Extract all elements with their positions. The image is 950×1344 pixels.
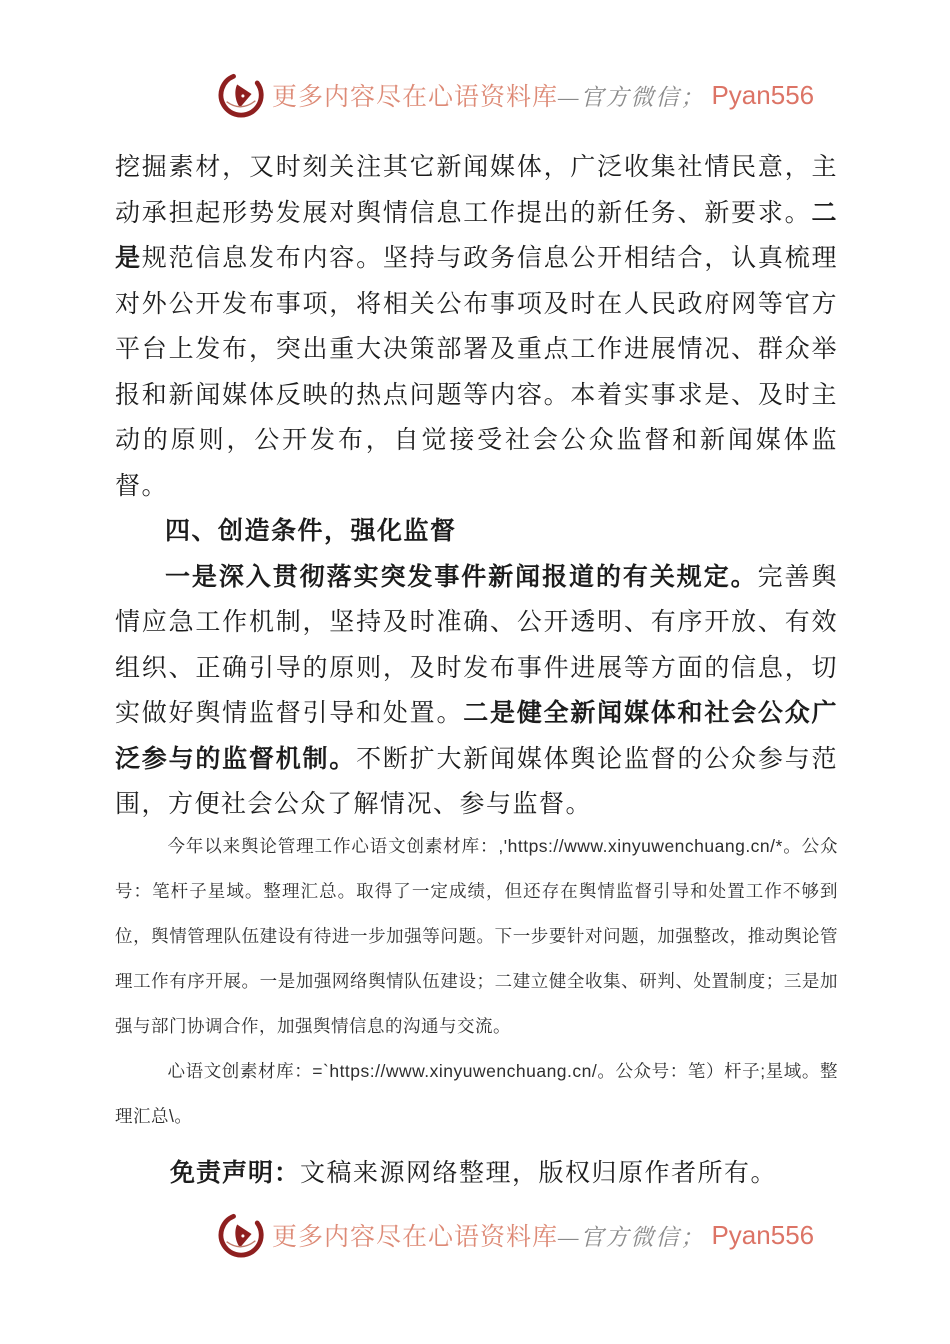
text-run: 挖掘素材，又时刻关注其它新闻媒体，广泛收集社情民意，主动承担起形势发展对舆情信息… [115, 154, 838, 227]
paragraph-section4: 一是深入贯彻落实突发事件新闻报道的有关规定。完善舆情应急工作机制，坚持及时准确、… [115, 555, 838, 828]
document-page: 更多内容尽在心语资料库 —官方微信； Pyan556 挖掘素材，又时刻关注其它新… [0, 0, 950, 1344]
header-brand-text: 更多内容尽在心语资料库 [272, 77, 558, 113]
text-run: 规范信息发布内容。坚持与政务信息公开相结合，认真梳理对外公开发布事项，将相关公布… [115, 245, 838, 500]
paragraph-continuation: 挖掘素材，又时刻关注其它新闻媒体，广泛收集社情民意，主动承担起形势发展对舆情信息… [115, 145, 838, 509]
disclaimer-label: 免责声明： [170, 1159, 300, 1187]
disclaimer-line: 免责声明：文稿来源网络整理，版权归原作者所有。 [115, 1153, 838, 1194]
section-heading: 四、创造条件，强化监督 [115, 509, 838, 555]
header-wechat-id: Pyan556 [711, 80, 814, 111]
paragraph-source-note-1: 今年以来舆论管理工作心语文创素材库：,'https://www.xinyuwen… [115, 824, 838, 1049]
footer-wechat-label: —官方微信； [558, 1219, 705, 1252]
paragraph-source-note-2: 心语文创素材库：=`https://www.xinyuwenchuang.cn/… [115, 1049, 838, 1139]
disclaimer-text: 文稿来源网络整理，版权归原作者所有。 [300, 1160, 777, 1187]
document-body: 挖掘素材，又时刻关注其它新闻媒体，广泛收集社情民意，主动承担起形势发展对舆情信息… [115, 145, 838, 1194]
text-run-bold: 一是深入贯彻落实突发事件新闻报道的有关规定。 [165, 564, 758, 591]
header-banner: 更多内容尽在心语资料库 —官方微信； Pyan556 [218, 72, 814, 118]
brand-logo-icon [218, 1212, 264, 1258]
footer-brand-text: 更多内容尽在心语资料库 [272, 1217, 558, 1253]
brand-logo-icon [218, 72, 264, 118]
footer-banner: 更多内容尽在心语资料库 —官方微信； Pyan556 [218, 1212, 814, 1258]
footer-wechat-id: Pyan556 [711, 1220, 814, 1251]
header-wechat-label: —官方微信； [558, 79, 705, 112]
